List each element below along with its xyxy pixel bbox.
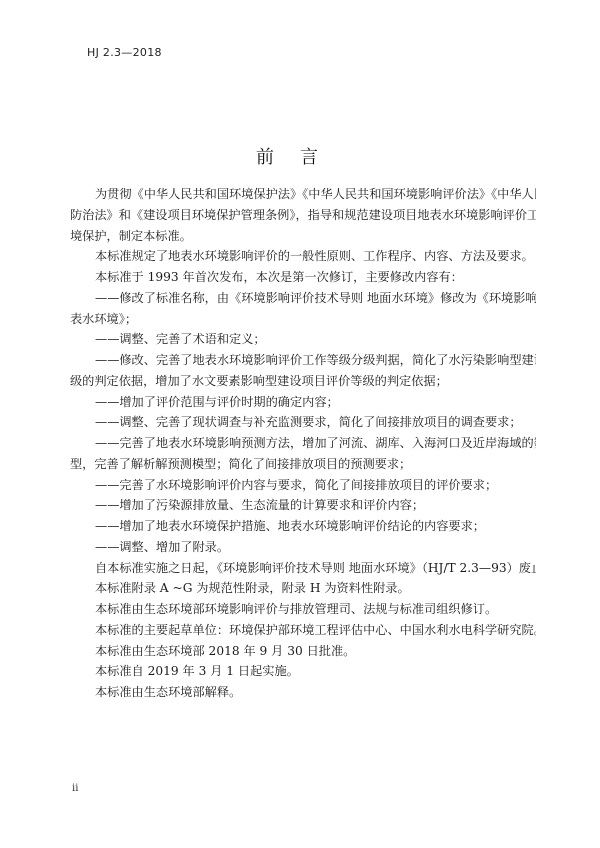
text-line: 级的判定依据，增加了水文要素影响型建设项目评价等级的判定依据；: [70, 371, 536, 392]
text-line: 防治法》和《建设项目环境保护管理条例》，指导和规范建设项目地表水环境影响评价工作…: [70, 205, 536, 226]
text-line: 自本标准实施之日起，《环境影响评价技术导则 地面水环境》（HJ/T 2.3—93…: [70, 558, 536, 579]
text-line: ——调整、增加了附录。: [70, 537, 536, 558]
standard-code-header: HJ 2.3—2018: [87, 46, 162, 59]
text-line: 本标准由生态环境部 2018 年 9 月 30 日批准。: [70, 641, 536, 662]
foreword-body: 为贯彻《中华人民共和国环境保护法》《中华人民共和国环境影响评价法》《中华人民共和…: [70, 184, 536, 703]
text-line: 本标准自 2019 年 3 月 1 日起实施。: [70, 661, 536, 682]
text-line: ——修改、完善了地表水环境影响评价工作等级分级判据，简化了水污染影响型建设项目评…: [70, 350, 536, 371]
text-line: ——完善了地表水环境影响预测方法，增加了河流、湖库、入海河口及近岸海域的数值解预…: [70, 433, 536, 454]
text-line: 本标准于 1993 年首次发布，本次是第一次修订，主要修改内容有：: [70, 267, 536, 288]
text-line: 本标准由生态环境部解释。: [70, 682, 536, 703]
text-line: 型，完善了解析解预测模型；简化了间接排放项目的预测要求；: [70, 454, 536, 475]
text-line: 本标准规定了地表水环境影响评价的一般性原则、工作程序、内容、方法及要求。: [70, 246, 536, 267]
text-line: ——完善了水环境影响评价内容与要求，简化了间接排放项目的评价要求；: [70, 475, 536, 496]
text-line: 本标准的主要起草单位：环境保护部环境工程评估中心、中国水利水电科学研究院。: [70, 620, 536, 641]
text-line: 本标准由生态环境部环境影响评价与排放管理司、法规与标准司组织修订。: [70, 599, 536, 620]
page-title: 前言: [0, 143, 600, 169]
text-line: ——修改了标准名称，由《环境影响评价技术导则 地面水环境》修改为《环境影响评价技…: [70, 288, 536, 309]
text-line: 为贯彻《中华人民共和国环境保护法》《中华人民共和国环境影响评价法》《中华人民共和…: [70, 184, 536, 205]
text-line: 境保护，制定本标准。: [70, 226, 536, 247]
text-line: 表水环境》；: [70, 309, 536, 330]
text-line: ——调整、完善了术语和定义；: [70, 329, 536, 350]
page-number: ii: [72, 783, 78, 794]
text-line: ——调整、完善了现状调查与补充监测要求，简化了间接排放项目的调查要求；: [70, 412, 536, 433]
text-line: ——增加了地表水环境保护措施、地表水环境影响评价结论的内容要求；: [70, 516, 536, 537]
text-line: ——增加了评价范围与评价时期的确定内容；: [70, 392, 536, 413]
text-line: 本标准附录 A ~G 为规范性附录，附录 H 为资料性附录。: [70, 578, 536, 599]
text-line: ——增加了污染源排放量、生态流量的计算要求和评价内容；: [70, 495, 536, 516]
